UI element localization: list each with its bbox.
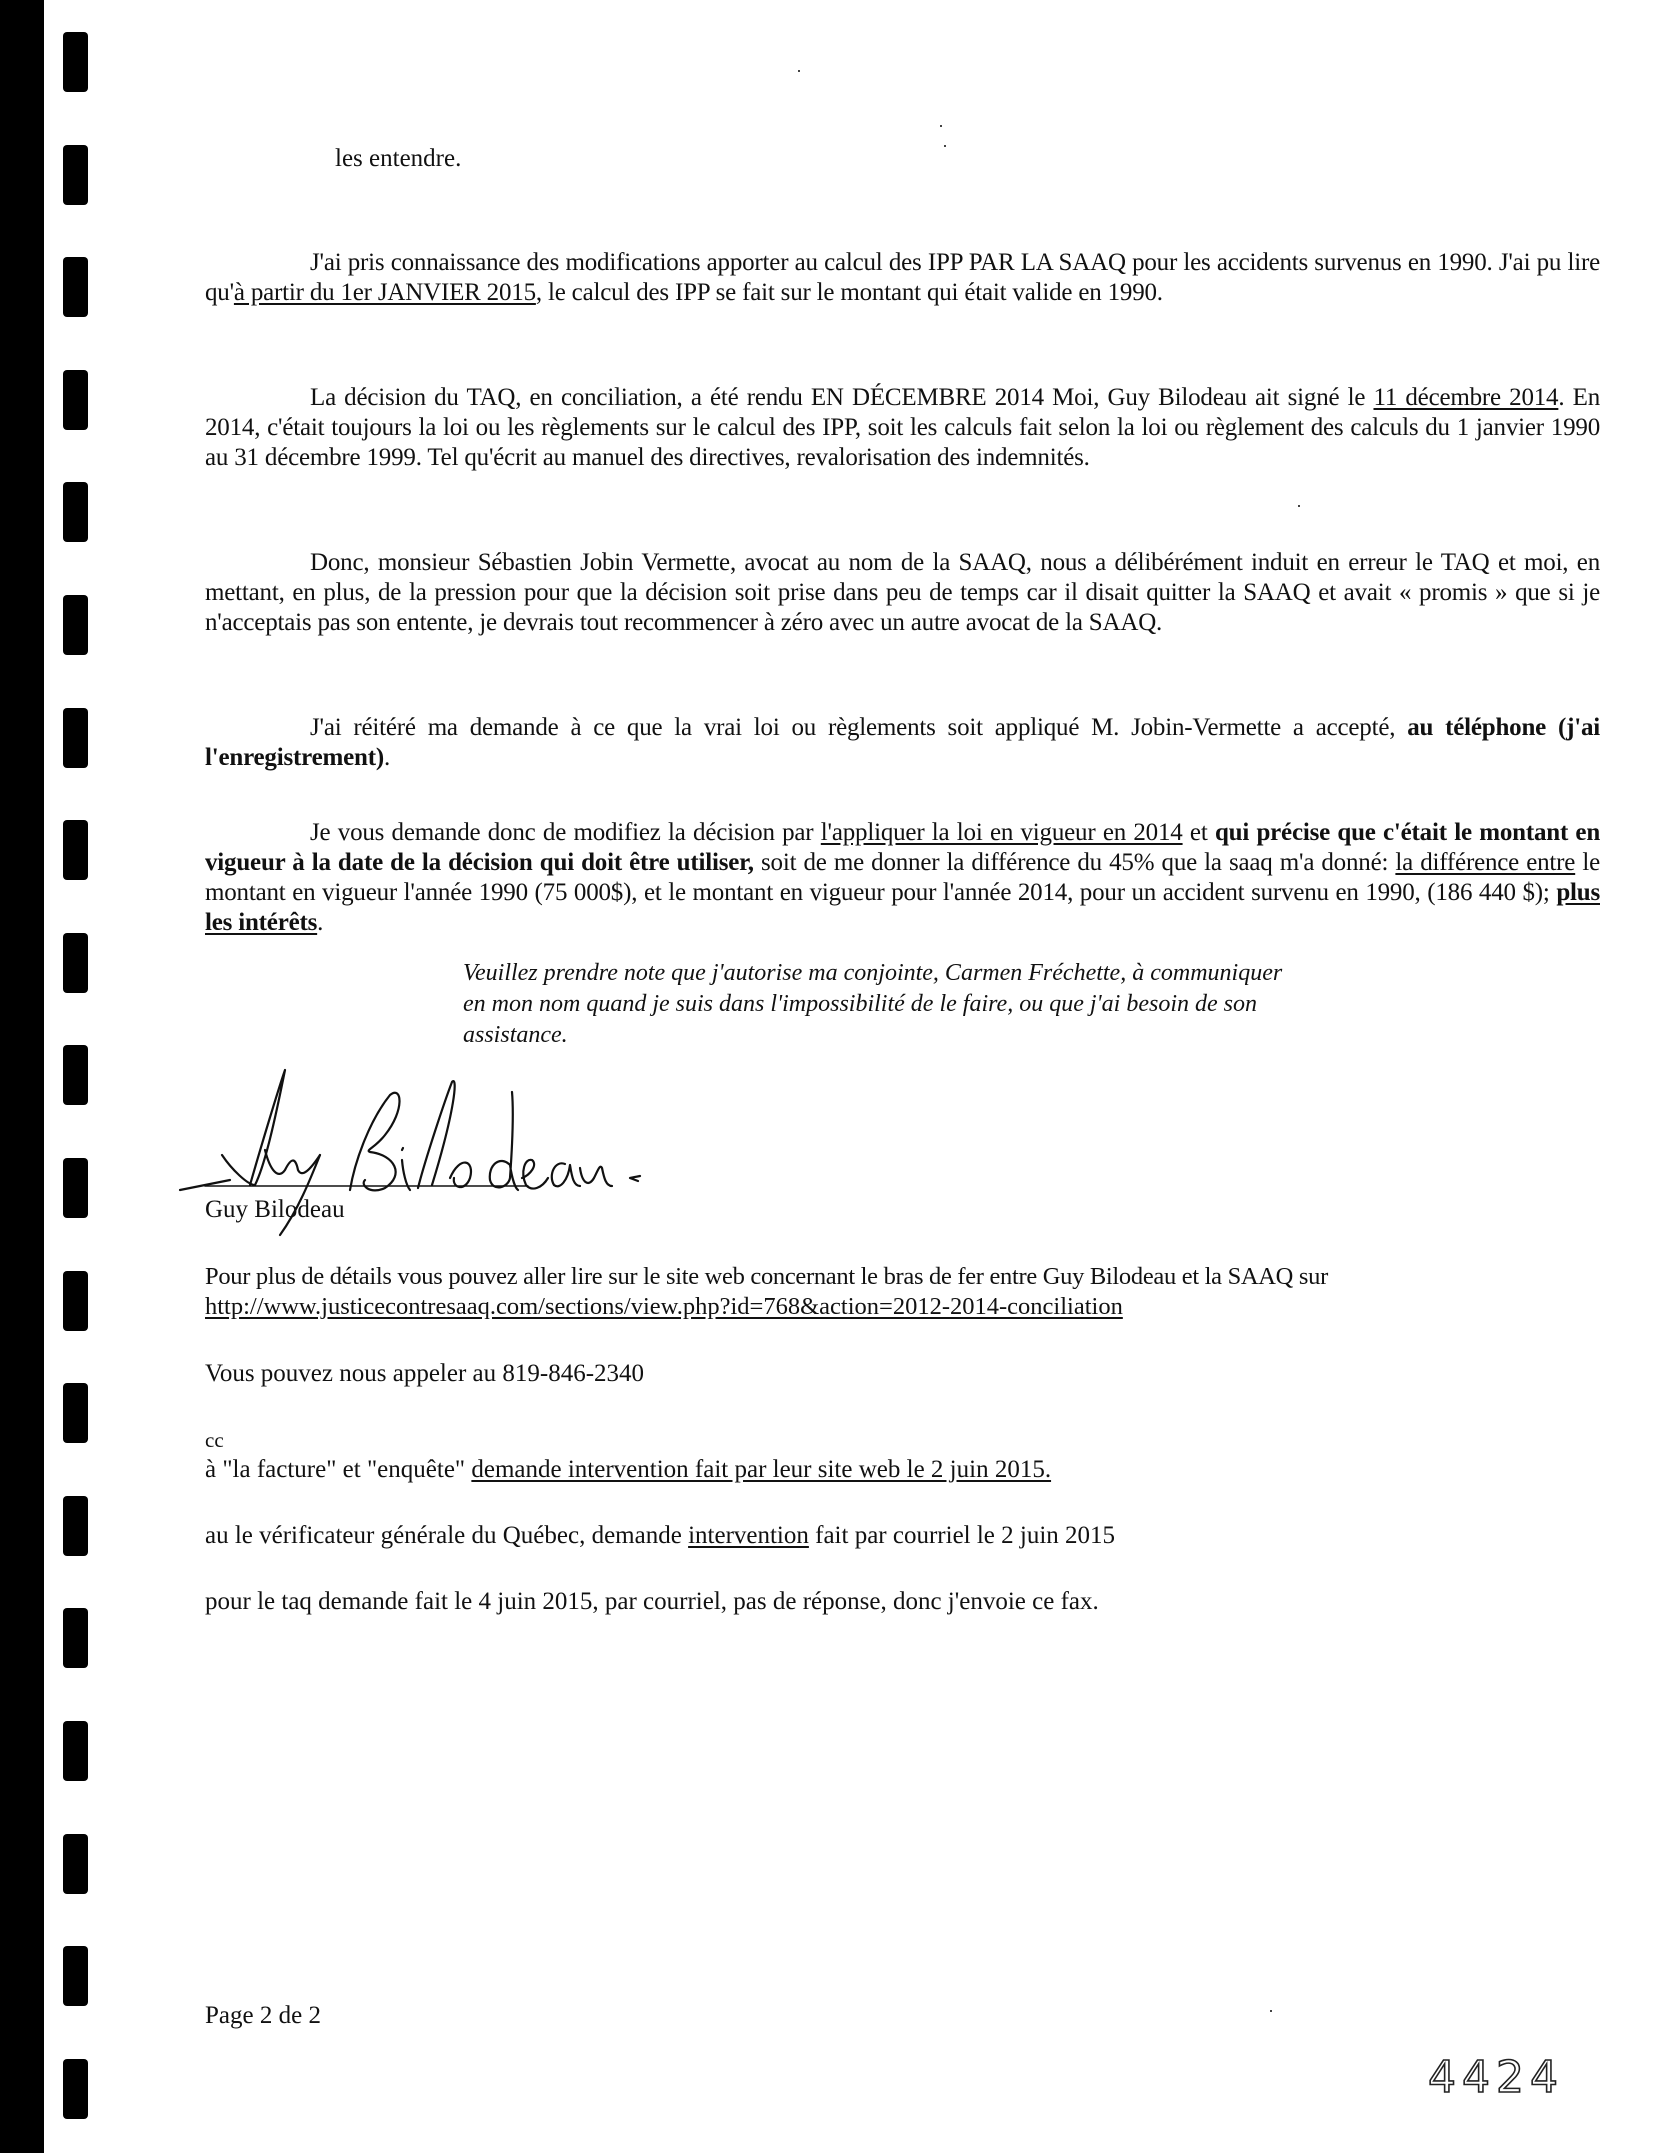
cc-item: au le vérificateur générale du Québec, d… (205, 1521, 1115, 1551)
scan-speck (940, 125, 942, 127)
details-link[interactable]: http://www.justicecontresaaq.com/section… (205, 1292, 1123, 1322)
cc-label: cc (205, 1425, 224, 1455)
underlined-apply-law: l'appliquer la loi en vigueur en 2014 (821, 819, 1183, 846)
phone-line: Vous pouvez nous appeler au 819-846-2340 (205, 1359, 644, 1389)
opening-fragment: les entendre. (335, 144, 461, 174)
cc-item: à "la facture" et "enquête" demande inte… (205, 1455, 1051, 1485)
paragraph-lawyer: Donc, monsieur Sébastien Jobin Vermette,… (205, 548, 1600, 638)
cc-item: pour le taq demande fait le 4 juin 2015,… (205, 1587, 1099, 1617)
scan-speck (1298, 505, 1300, 507)
fax-stamp-number: 4424 (1428, 2052, 1564, 2103)
scan-speck (1270, 2010, 1272, 2012)
paragraph-request-modification: Je vous demande donc de modifiez la déci… (205, 818, 1600, 938)
printed-signatory-name: Guy Bilodeau (205, 1195, 345, 1225)
paragraph-taq-decision: La décision du TAQ, en conciliation, a é… (205, 383, 1600, 473)
underlined-signature-date: 11 décembre 2014 (1373, 384, 1558, 411)
underlined-difference: la différence entre (1395, 849, 1575, 876)
letter-page: les entendre. J'ai pris connaissance des… (0, 0, 1653, 2153)
scan-speck (798, 70, 800, 72)
paragraph-ipp-modifications: J'ai pris connaissance des modifications… (205, 248, 1600, 308)
underlined-date: à partir du 1er JANVIER 2015 (234, 279, 536, 306)
paragraph-reiterated-request: J'ai réitéré ma demande à ce que la vrai… (205, 713, 1600, 773)
details-text: Pour plus de détails vous pouvez aller l… (205, 1262, 1328, 1292)
scan-speck (944, 145, 946, 147)
page-number: Page 2 de 2 (205, 2002, 321, 2030)
